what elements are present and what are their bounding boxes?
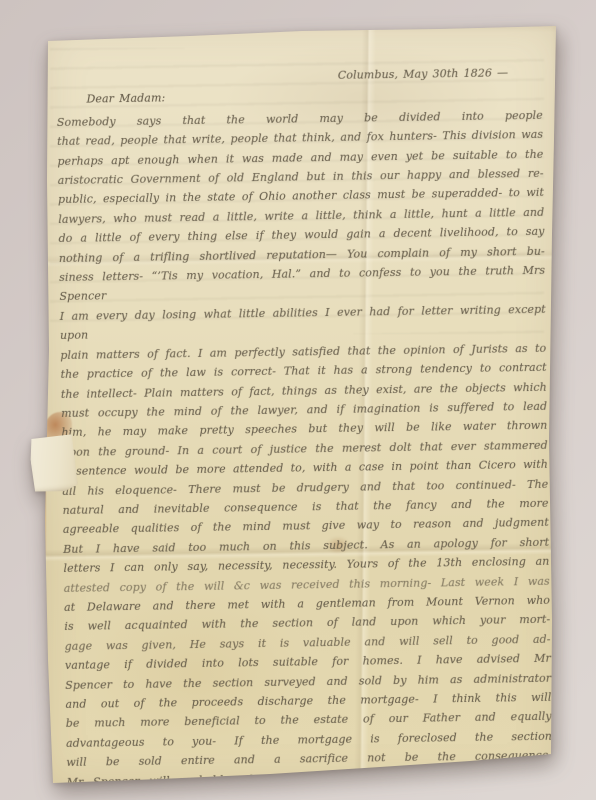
- torn-edge-flap: [29, 434, 79, 494]
- letter-paper: Columbus, May 30th 1826 — Dear Madam: So…: [40, 20, 562, 790]
- photo-backdrop: Columbus, May 30th 1826 — Dear Madam: So…: [0, 0, 596, 800]
- letter-content: Columbus, May 30th 1826 — Dear Madam: So…: [56, 57, 553, 792]
- letter-body: Somebody says that the world may be divi…: [57, 106, 553, 792]
